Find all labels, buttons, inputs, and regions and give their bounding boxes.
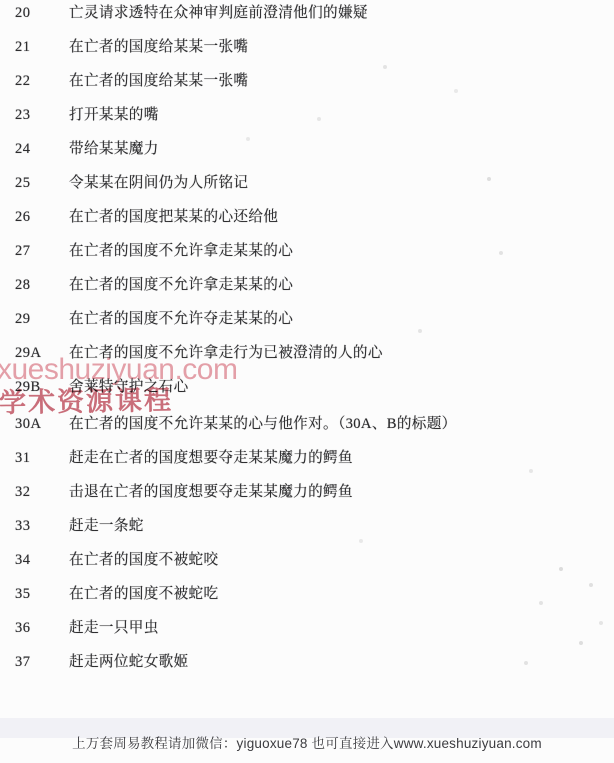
item-number: 23	[0, 106, 69, 125]
item-text: 赶走一只甲虫	[69, 619, 159, 638]
footer-contact-text: 上万套周易教程请加微信：yiguoxue78 也可直接进入www.xueshuz…	[0, 735, 614, 753]
list-item: 22 在亡者的国度给某某一张嘴	[0, 72, 614, 106]
item-number: 22	[0, 72, 69, 91]
item-number: 34	[0, 551, 69, 570]
item-number: 25	[0, 174, 69, 193]
item-number: 35	[0, 585, 69, 604]
item-text: 打开某某的嘴	[69, 106, 159, 125]
item-text: 赶走两位蛇女歌姬	[69, 653, 189, 672]
item-text: 在亡者的国度给某某一张嘴	[69, 72, 248, 91]
item-text: 令某某在阴间仍为人所铭记	[69, 174, 248, 193]
item-number: 31	[0, 449, 69, 468]
list-item: 25 令某某在阴间仍为人所铭记	[0, 174, 614, 208]
item-number: 20	[0, 4, 69, 23]
item-number: 36	[0, 619, 69, 638]
item-number: 27	[0, 242, 69, 261]
item-number: 32	[0, 483, 69, 502]
item-text: 击退在亡者的国度想要夺走某某魔力的鳄鱼	[69, 483, 353, 502]
list-item: 36 赶走一只甲虫	[0, 619, 614, 653]
item-number: 21	[0, 38, 69, 57]
item-number: 37	[0, 653, 69, 672]
list-item: 20 亡灵请求透特在众神审判庭前澄清他们的嫌疑	[0, 4, 614, 38]
list-item: 37 赶走两位蛇女歌姬	[0, 653, 614, 687]
item-number: 33	[0, 517, 69, 536]
list-item: 21 在亡者的国度给某某一张嘴	[0, 38, 614, 72]
item-text: 在亡者的国度不允许夺走某某的心	[69, 310, 293, 329]
item-text: 在亡者的国度把某某的心还给他	[69, 208, 278, 227]
list-item: 23 打开某某的嘴	[0, 106, 614, 140]
item-text: 在亡者的国度不允许拿走某某的心	[69, 242, 293, 261]
item-text: 在亡者的国度给某某一张嘴	[69, 38, 248, 57]
item-number: 26	[0, 208, 69, 227]
scan-noise	[0, 0, 2, 2]
list-item: 27 在亡者的国度不允许拿走某某的心	[0, 242, 614, 276]
list-item: 24 带给某某魔力	[0, 140, 614, 174]
list-item: 32 击退在亡者的国度想要夺走某某魔力的鳄鱼	[0, 483, 614, 517]
item-text: 带给某某魔力	[69, 140, 159, 159]
list-item: 30A 在亡者的国度不允许某某的心与他作对。（30A、B的标题）	[0, 415, 614, 449]
item-text: 在亡者的国度不允许某某的心与他作对。（30A、B的标题）	[69, 415, 457, 434]
item-number: 24	[0, 140, 69, 159]
list-item: 28 在亡者的国度不允许拿走某某的心	[0, 276, 614, 310]
list-item: 33 赶走一条蛇	[0, 517, 614, 551]
watermark-brand-text: 学术资源课程	[0, 378, 173, 420]
spell-list: 20 亡灵请求透特在众神审判庭前澄清他们的嫌疑 21 在亡者的国度给某某一张嘴 …	[0, 0, 614, 687]
item-number: 28	[0, 276, 69, 295]
item-text: 赶走在亡者的国度想要夺走某某魔力的鳄鱼	[69, 449, 353, 468]
item-text: 亡灵请求透特在众神审判庭前澄清他们的嫌疑	[69, 4, 368, 23]
list-item: 29 在亡者的国度不允许夺走某某的心	[0, 310, 614, 344]
list-item: 34 在亡者的国度不被蛇咬	[0, 551, 614, 585]
item-text: 在亡者的国度不被蛇吃	[69, 585, 218, 604]
scanned-document-page: 20 亡灵请求透特在众神审判庭前澄清他们的嫌疑 21 在亡者的国度给某某一张嘴 …	[0, 0, 614, 763]
item-text: 在亡者的国度不被蛇咬	[69, 551, 218, 570]
item-text: 赶走一条蛇	[69, 517, 144, 536]
list-item: 31 赶走在亡者的国度想要夺走某某魔力的鳄鱼	[0, 449, 614, 483]
item-number: 29	[0, 310, 69, 329]
list-item: 26 在亡者的国度把某某的心还给他	[0, 208, 614, 242]
list-item: 35 在亡者的国度不被蛇吃	[0, 585, 614, 619]
item-text: 在亡者的国度不允许拿走某某的心	[69, 276, 293, 295]
